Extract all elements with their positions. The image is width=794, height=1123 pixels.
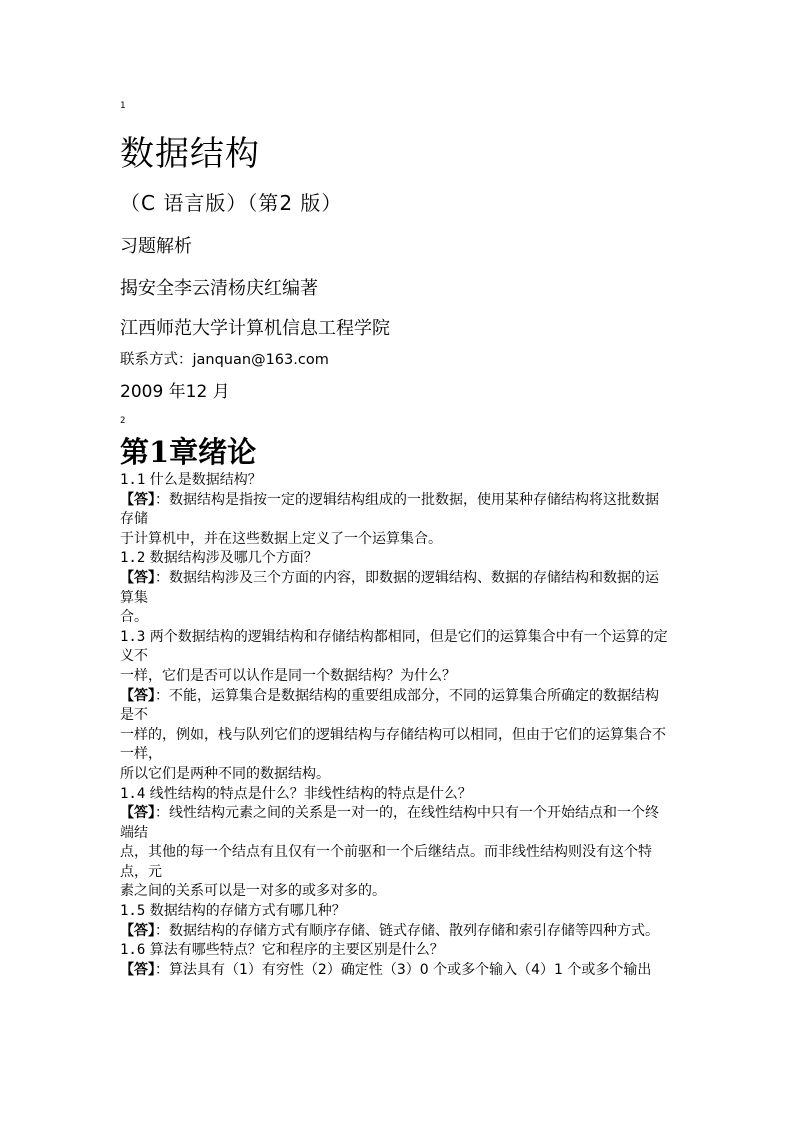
question-number: 1.5: [120, 903, 145, 919]
continuation-line: 所以它们是两种不同的数据结构。: [120, 765, 670, 785]
question-line: 1.4 线性结构的特点是什么？非线性结构的特点是什么？: [120, 785, 670, 805]
answer-tag: 【答】: [120, 688, 155, 704]
question-number: 1.1: [120, 472, 145, 488]
cover-page-number: 1: [120, 101, 125, 111]
continuation-line: 义不: [120, 647, 670, 667]
answer-text: ：数据结构是指按一定的逻辑结构组成的一批数据，使用某种存储结构将这批数据: [155, 492, 659, 508]
answer-line: 【答】：数据结构是指按一定的逻辑结构组成的一批数据，使用某种存储结构将这批数据: [120, 491, 670, 511]
answer-line: 【答】：算法具有（1）有穷性（2）确定性（3）0 个或多个输入（4）1 个或多个…: [120, 961, 670, 981]
answer-text: ：数据结构的存储方式有顺序存储、链式存储、散列存储和索引存储等四种方式。: [155, 923, 659, 939]
book-institution: 江西师范大学计算机信息工程学院: [120, 314, 390, 340]
question-text: 线性结构的特点是什么？非线性结构的特点是什么？: [145, 786, 471, 802]
answer-text: ：不能，运算集合是数据结构的重要组成部分，不同的运算集合所确定的数据结构: [155, 688, 659, 704]
continuation-line: 存储: [120, 510, 670, 530]
continuation-line: 一样，它们是否可以认作是同一个数据结构？为什么？: [120, 667, 670, 687]
continuation-line: 素之间的关系可以是一对多的或多对多的。: [120, 882, 670, 902]
question-number: 1.4: [120, 786, 145, 802]
publish-date: 2009 年12 月: [120, 377, 230, 402]
book-edition: （C 语言版）（第2 版）: [120, 187, 342, 216]
answer-line: 【答】：数据结构涉及三个方面的内容，即数据的逻辑结构、数据的存储结构和数据的运: [120, 569, 670, 589]
question-text: 算法有哪些特点？它和程序的主要区别是什么？: [145, 942, 443, 958]
continuation-line: 算集: [120, 589, 670, 609]
question-line: 1.5 数据结构的存储方式有哪几种？: [120, 902, 670, 922]
book-subtitle: 习题解析: [120, 232, 192, 258]
answer-line: 【答】：线性结构元素之间的关系是一对一的，在线性结构中只有一个开始结点和一个终: [120, 804, 670, 824]
chapter-heading: 第1章绪论: [120, 430, 256, 471]
question-number: 1.3: [120, 629, 145, 645]
continuation-line: 点，元: [120, 863, 670, 883]
question-line: 1.2 数据结构涉及哪几个方面？: [120, 549, 670, 569]
answer-tag: 【答】: [120, 805, 155, 821]
answer-tag: 【答】: [120, 492, 155, 508]
chapter-body: 1.1 什么是数据结构？【答】：数据结构是指按一定的逻辑结构组成的一批数据，使用…: [120, 471, 670, 980]
question-number: 1.2: [120, 550, 145, 566]
book-authors: 揭安全李云清杨庆红编著: [120, 274, 318, 300]
answer-text: ：数据结构涉及三个方面的内容，即数据的逻辑结构、数据的存储结构和数据的运: [155, 570, 659, 586]
answer-text: ：线性结构元素之间的关系是一对一的，在线性结构中只有一个开始结点和一个终: [155, 805, 659, 821]
answer-line: 【答】：不能，运算集合是数据结构的重要组成部分，不同的运算集合所确定的数据结构: [120, 687, 670, 707]
answer-tag: 【答】: [120, 962, 155, 978]
continuation-line: 一样，: [120, 745, 670, 765]
question-line: 1.3 两个数据结构的逻辑结构和存储结构都相同，但是它们的运算集合中有一个运算的…: [120, 628, 670, 648]
answer-line: 【答】：数据结构的存储方式有顺序存储、链式存储、散列存储和索引存储等四种方式。: [120, 922, 670, 942]
continuation-line: 端结: [120, 824, 670, 844]
question-text: 数据结构涉及哪几个方面？: [145, 550, 317, 566]
answer-tag: 【答】: [120, 570, 155, 586]
continuation-line: 点，其他的每一个结点有且仅有一个前驱和一个后继结点。而非线性结构则没有这个特: [120, 843, 670, 863]
question-text: 什么是数据结构？: [145, 472, 261, 488]
question-line: 1.1 什么是数据结构？: [120, 471, 670, 491]
continuation-line: 一样的，例如，栈与队列它们的逻辑结构与存储结构可以相同，但由于它们的运算集合不: [120, 726, 670, 746]
answer-text: ：算法具有（1）有穷性（2）确定性（3）0 个或多个输入（4）1 个或多个输出: [155, 962, 651, 978]
continuation-line: 于计算机中，并在这些数据上定义了一个运算集合。: [120, 530, 670, 550]
continuation-line: 是不: [120, 706, 670, 726]
question-number: 1.6: [120, 942, 145, 958]
question-line: 1.6 算法有哪些特点？它和程序的主要区别是什么？: [120, 941, 670, 961]
contact-info: 联系方式：janquan@163.com: [120, 348, 329, 369]
continuation-line: 合。: [120, 608, 670, 628]
chapter-page-number: 2: [120, 416, 125, 426]
book-title: 数据结构: [120, 126, 260, 175]
question-text: 数据结构的存储方式有哪几种？: [145, 903, 345, 919]
answer-tag: 【答】: [120, 923, 155, 939]
question-text: 两个数据结构的逻辑结构和存储结构都相同，但是它们的运算集合中有一个运算的定: [145, 629, 667, 645]
